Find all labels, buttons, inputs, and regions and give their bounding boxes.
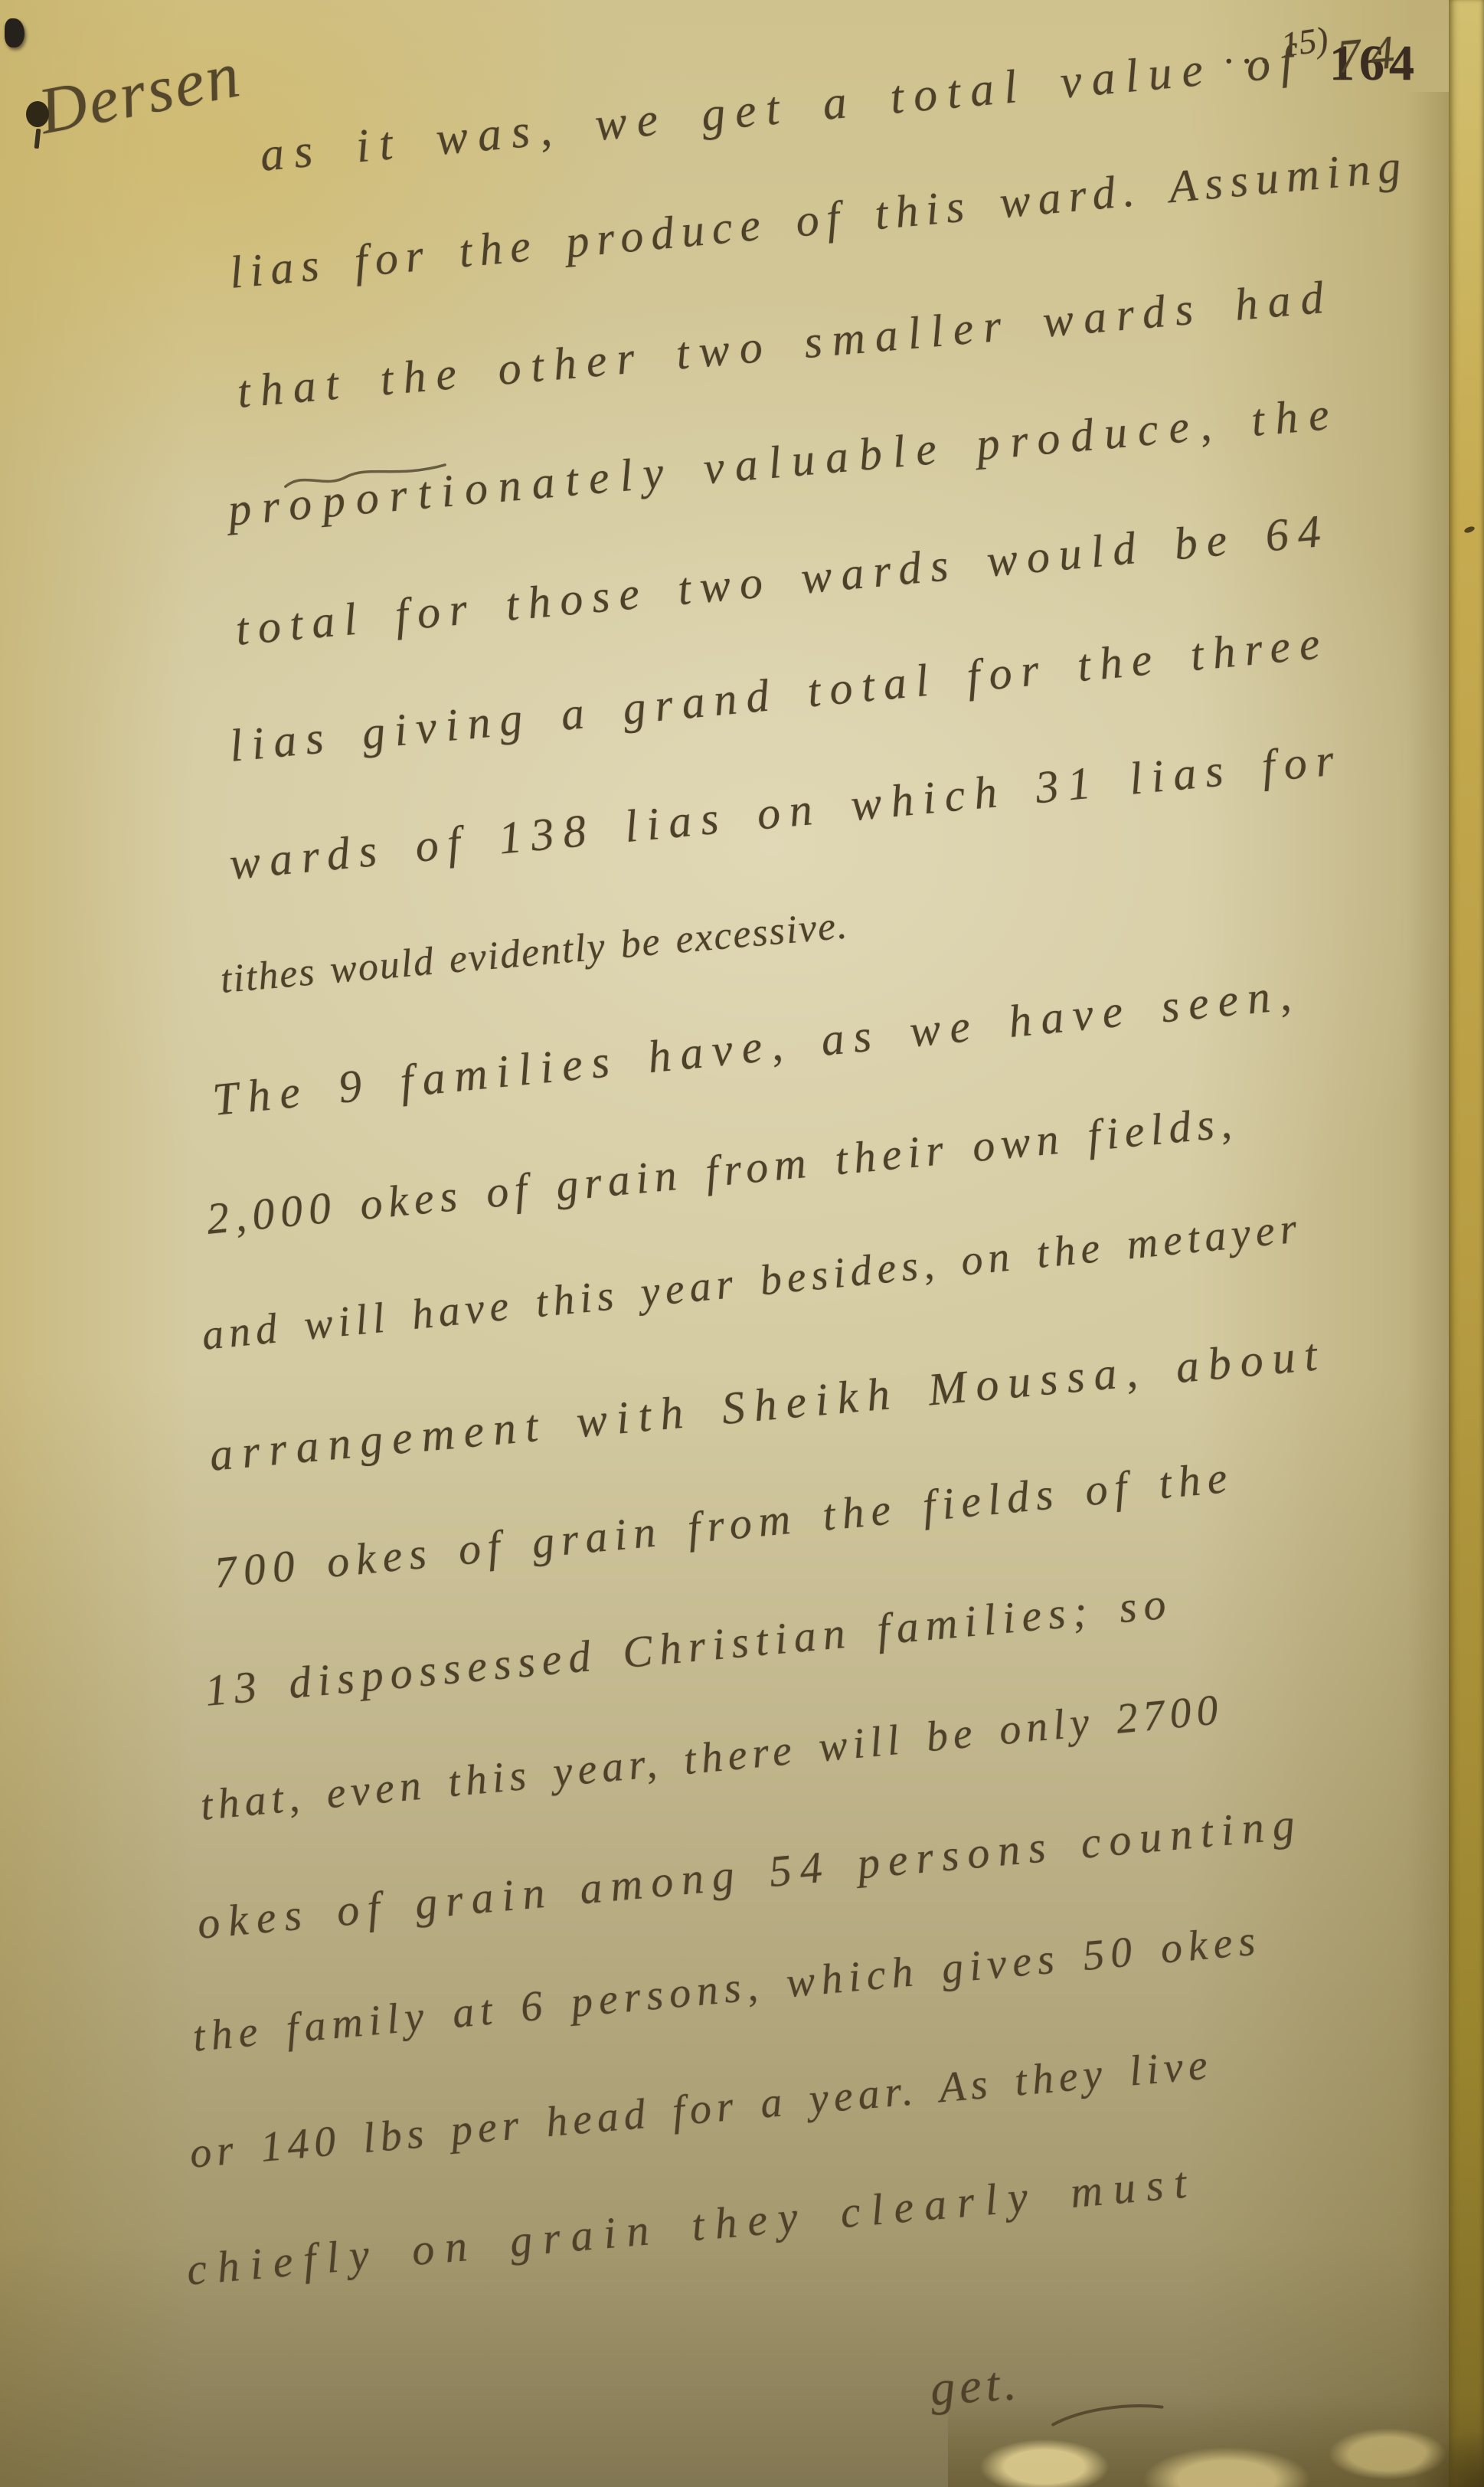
manuscript-line: 2,000 okes of grain from their own field… — [204, 1096, 1240, 1245]
manuscript-line: 700 okes of grain from the fields of the — [212, 1451, 1236, 1599]
manuscript-line: tithes would evidently be excessive. — [218, 902, 850, 1002]
book-page-edge — [1449, 0, 1484, 2487]
manuscript-line: or 140 lbs per head for a year. As they … — [188, 2040, 1214, 2178]
corner-stain — [5, 18, 25, 47]
bottom-corner-shadow — [1415, 2433, 1484, 2487]
manuscript-line: the family at 6 persons, which gives 50 … — [191, 1916, 1263, 2062]
manuscript-page: Dersen ...15)164 as it was, we get a tot… — [0, 0, 1484, 2487]
ink-blot-tail — [34, 129, 41, 149]
manuscript-line: that, even this year, there will be only… — [198, 1685, 1225, 1831]
manuscript-line: 13 dispossessed Christian families; so — [203, 1577, 1175, 1716]
page-gutter-shadow — [1407, 92, 1453, 2487]
book-edge-mottling — [948, 2395, 1484, 2487]
manuscript-line: The 9 families have, as we have seen, — [211, 967, 1303, 1127]
margin-note: Dersen — [32, 35, 247, 149]
manuscript-line: that the other two smaller wards had — [235, 270, 1335, 419]
ink-blot — [26, 101, 49, 127]
manuscript-line: chiefly on grain they clearly must — [185, 2156, 1199, 2296]
